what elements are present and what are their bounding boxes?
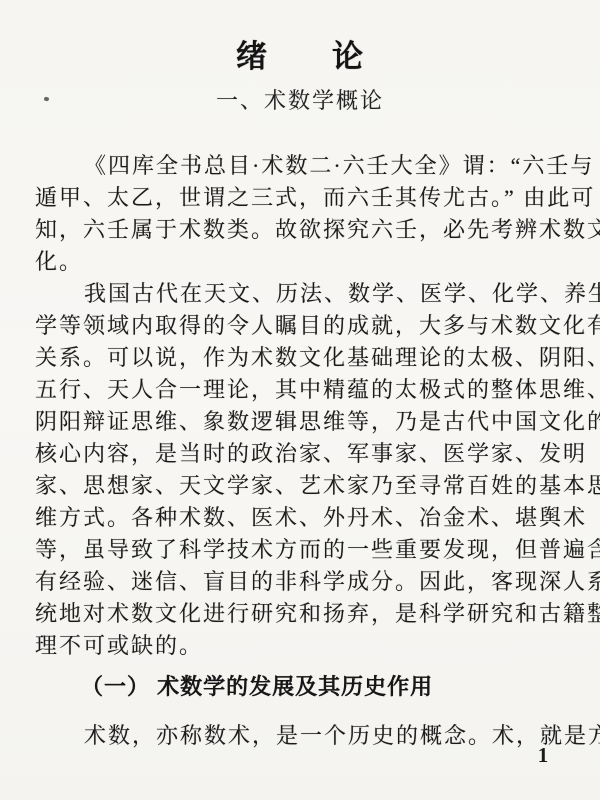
page-number: 1	[528, 743, 558, 768]
body-line: 学等领域内取得的令人瞩目的成就，大多与术数文化有	[35, 310, 575, 342]
scanned-book-page: 绪 论 一、术数学概论 《四库全书总目·术数二·六壬大全》谓：“六壬与 遁甲、太…	[0, 0, 600, 800]
body-line: 五行、天人合一理论，其中精蕴的太极式的整体思维、	[35, 374, 575, 406]
body-line: 有经验、迷信、盲目的非科学成分。因此，客现深人系	[35, 566, 575, 598]
body-line: 等，虽导致了科学技术方而的一些重要发现，但普遍含	[35, 534, 575, 566]
body-line: 核心内容，是当时的政治家、军事家、医学家、发明	[35, 438, 575, 470]
body-line: 知，六壬属于术数类。故欲探究六壬，必先考辨术数文	[35, 214, 575, 246]
paragraph: 我国古代在天文、历法、数学、医学、化学、养生 学等领域内取得的令人瞩目的成就，大…	[35, 278, 575, 662]
page-title: 绪 论	[0, 31, 600, 76]
body-line: 统地对术数文化进行研究和扬弃，是科学研究和古籍整	[35, 598, 575, 630]
body-line: 术数，亦称数术，是一个历史的概念。术，就是方	[35, 720, 575, 752]
body-text: 《四库全书总目·术数二·六壬大全》谓：“六壬与 遁甲、太乙，世谓之三式，而六壬其…	[35, 150, 575, 752]
body-line: 关系。可以说，作为术数文化基础理论的太极、阴阳、	[35, 342, 575, 374]
body-line: 遁甲、太乙，世谓之三式，而六壬其传尤古。” 由此可	[35, 182, 575, 214]
section-heading: （一） 术数学的发展及其历史作用	[35, 670, 575, 704]
section-subtitle: 一、术数学概论	[0, 84, 600, 115]
body-line: 化。	[35, 246, 575, 278]
body-line: 《四库全书总目·术数二·六壬大全》谓：“六壬与	[35, 150, 575, 182]
body-line: 家、思想家、天文学家、艺术家乃至寻常百姓的基本思	[35, 470, 575, 502]
body-line: 我国古代在天文、历法、数学、医学、化学、养生	[35, 278, 575, 310]
body-line: 维方式。各种术数、医术、外丹术、冶金术、堪舆术	[35, 502, 575, 534]
paragraph: 术数，亦称数术，是一个历史的概念。术，就是方	[35, 720, 575, 752]
body-line: 阴阳辩证思维、象数逻辑思维等，乃是古代中国文化的	[35, 406, 575, 438]
body-line: 理不可或缺的。	[35, 630, 575, 662]
paragraph: 《四库全书总目·术数二·六壬大全》谓：“六壬与 遁甲、太乙，世谓之三式，而六壬其…	[35, 150, 575, 278]
